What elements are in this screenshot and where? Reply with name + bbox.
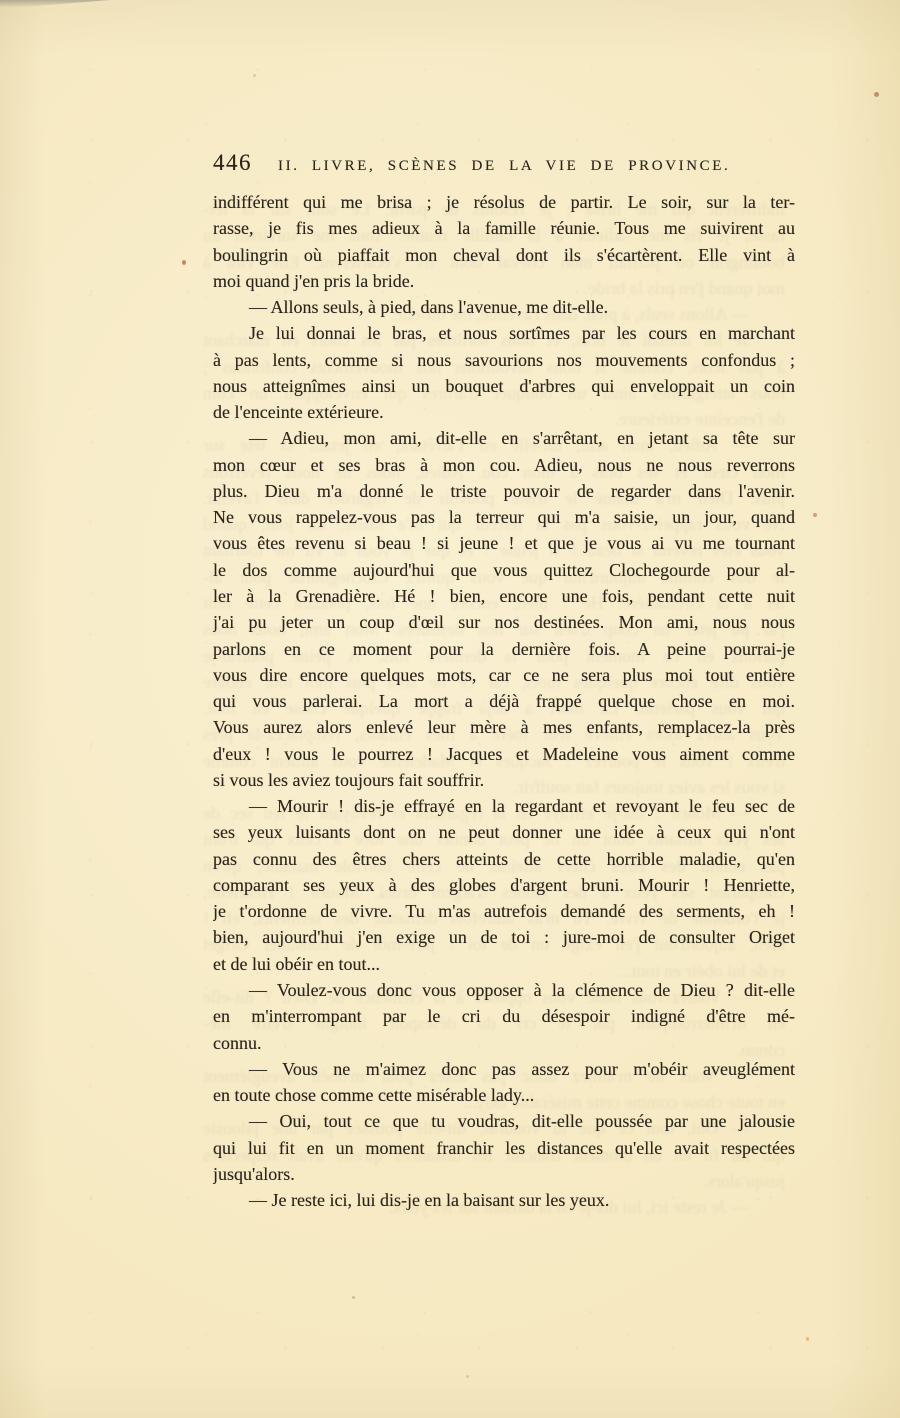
paragraph: — Oui, tout ce que tu voudras, dit-elle … [213,1108,795,1187]
paragraph: — Mourir ! dis-je effrayé en la regardan… [213,793,795,977]
text-line: mon cœur et ses bras à mon cou. Adieu, n… [213,452,795,478]
text-line: Je lui donnai le bras, et nous sortîmes … [213,320,795,346]
paragraph: Je lui donnai le bras, et nous sortîmes … [213,320,795,425]
text-line: — Mourir ! dis-je effrayé en la regardan… [213,793,795,819]
text-line: — Je reste ici, lui dis-je en la baisant… [213,1187,795,1213]
ink-speck [874,92,879,97]
paragraph: — Adieu, mon ami, dit-elle en s'arrêtant… [213,425,795,793]
paragraph: — Vous ne m'aimez donc pas assez pour m'… [213,1056,795,1109]
text-line: vous êtes revenu si beau ! si jeune ! et… [213,530,795,556]
text-line: jusqu'alors. [213,1161,795,1187]
ink-speck [253,74,256,77]
text-line: parlons en ce moment pour la dernière fo… [213,636,795,662]
text-line: et de lui obéir en tout... [213,951,795,977]
text-line: de l'enceinte extérieure. [213,399,795,425]
paragraph: indifférent qui me brisa ; je résolus de… [213,189,795,294]
text-line: ses yeux luisants dont on ne peut donner… [213,819,795,845]
paragraph: — Allons seuls, à pied, dans l'avenue, m… [213,294,795,320]
text-line: ler à la Grenadière. Hé ! bien, encore u… [213,583,795,609]
ink-speck [806,1337,809,1341]
text-line: — Vous ne m'aimez donc pas assez pour m'… [213,1056,795,1082]
text-line: à pas lents, comme si nous savourions no… [213,347,795,373]
text-line: — Oui, tout ce que tu voudras, dit-elle … [213,1108,795,1134]
text-line: en m'interrompant par le cri du désespoi… [213,1003,795,1029]
text-line: d'eux ! vous le pourrez ! Jacques et Mad… [213,741,795,767]
ink-speck [182,260,186,265]
text-line: qui vous parlerai. La mort a déjà frappé… [213,688,795,714]
text-line: boulingrin où piaffait mon cheval dont i… [213,242,795,268]
text-line: pas connu des êtres chers atteints de ce… [213,846,795,872]
ink-speck [813,513,817,517]
text-line: bien, aujourd'hui j'en exige un de toi :… [213,924,795,950]
text-line: connu. [213,1030,795,1056]
text-line: si vous les aviez toujours fait souffrir… [213,767,795,793]
text-line: rasse, je fis mes adieux à la famille ré… [213,215,795,241]
text-line: nous atteignîmes ainsi un bouquet d'arbr… [213,373,795,399]
running-head: II. LIVRE, SCÈNES DE LA VIE DE PROVINCE. [278,152,730,180]
paragraph: — Je reste ici, lui dis-je en la baisant… [213,1187,795,1213]
ink-speck [466,1375,469,1378]
ink-speck [352,1296,355,1299]
text-line: qui lui fit en un moment franchir les di… [213,1135,795,1161]
text-line: j'ai pu jeter un coup d'œil sur nos dest… [213,609,795,635]
text-line: plus. Dieu m'a donné le triste pouvoir d… [213,478,795,504]
text-block: indifférent qui me brisa ; je résolus de… [213,189,795,1213]
text-line: indifférent qui me brisa ; je résolus de… [213,189,795,215]
text-line: — Allons seuls, à pied, dans l'avenue, m… [213,294,795,320]
text-line: — Voulez-vous donc vous opposer à la clé… [213,977,795,1003]
scan-edge-artifact [0,0,110,9]
text-line: Ne vous rappelez-vous pas la terreur qui… [213,504,795,530]
text-line: le dos comme aujourd'hui que vous quitte… [213,557,795,583]
text-line: en toute chose comme cette misérable lad… [213,1082,795,1108]
text-line: — Adieu, mon ami, dit-elle en s'arrêtant… [213,425,795,451]
text-line: je t'ordonne de vivre. Tu m'as autrefois… [213,898,795,924]
text-line: comparant ses yeux à des globes d'argent… [213,872,795,898]
text-line: vous dire encore quelques mots, car ce n… [213,662,795,688]
text-line: Vous aurez alors enlevé leur mère à mes … [213,714,795,740]
page-header: 446 II. LIVRE, SCÈNES DE LA VIE DE PROVI… [213,149,795,177]
book-page-scan: indifférent qui me brisa ; je résolus de… [0,0,900,1418]
text-line: moi quand j'en pris la bride. [213,268,795,294]
page-number: 446 [213,149,252,177]
paragraph: — Voulez-vous donc vous opposer à la clé… [213,977,795,1056]
